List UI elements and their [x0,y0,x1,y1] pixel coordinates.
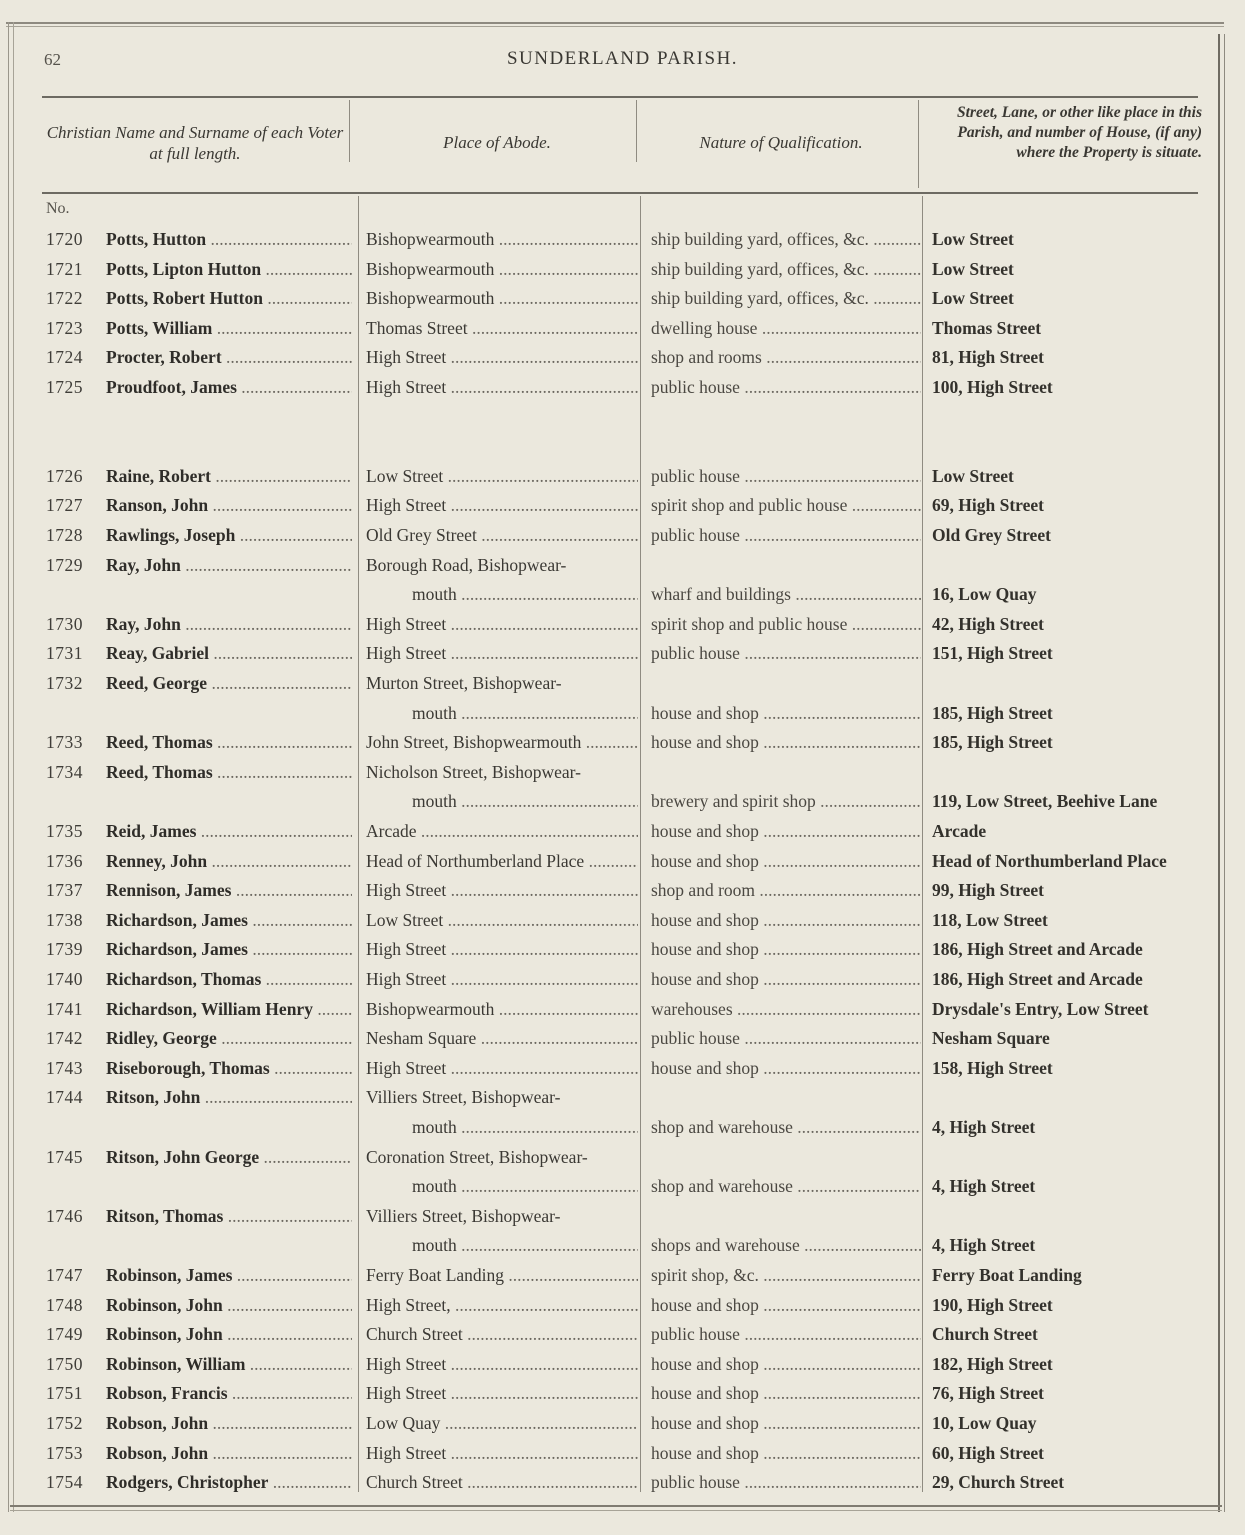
voter-number: 1753 [46,1439,98,1469]
place-of-abode: Bishopwearmouth [366,995,638,1025]
place-of-abode: Murton Street, Bishopwear- [366,669,638,699]
place-of-abode: High Street [366,965,638,995]
property-street: 186, High Street and Arcade [932,965,1212,995]
voter-number: 1751 [46,1379,98,1409]
place-of-abode: Nicholson Street, Bishopwear- [366,758,638,788]
frame-rule-bottom-inner [10,1510,1222,1511]
table-row: 1735Reid, JamesArcadehouse and shopArcad… [0,817,1245,847]
table-row: 1746Ritson, ThomasVilliers Street, Bisho… [0,1202,1245,1232]
voter-name: Reed, George [106,669,352,699]
voter-number: 1732 [46,669,98,699]
table-row: 1754Rodgers, ChristopherChurch Streetpub… [0,1468,1245,1498]
voter-name: Proudfoot, James [106,373,352,403]
table-row: 1726Raine, RobertLow Streetpublic houseL… [0,462,1245,492]
property-street: Low Street [932,255,1212,285]
voter-number: 1746 [46,1202,98,1232]
nature-of-qualification: house and shop [651,699,921,729]
nature-of-qualification: public house [651,521,921,551]
voter-name: Potts, William [106,314,352,344]
table-row: 1732Reed, GeorgeMurton Street, Bishopwea… [0,669,1245,699]
table-row: 1742Ridley, GeorgeNesham Squarepublic ho… [0,1024,1245,1054]
table-row: 1729Ray, JohnBorough Road, Bishopwear- [0,551,1245,581]
table-row: 1753Robson, JohnHigh Streethouse and sho… [0,1439,1245,1469]
voter-number: 1723 [46,314,98,344]
voter-name: Raine, Robert [106,462,352,492]
nature-of-qualification: spirit shop, &c. [651,1261,921,1291]
table-row-continuation: mouthwharf and buildings16, Low Quay [0,580,1245,610]
voter-name: Robinson, William [106,1350,352,1380]
voter-name: Procter, Robert [106,343,352,373]
column-header-abode: Place of Abode. [358,132,636,153]
property-street: 119, Low Street, Beehive Lane [932,787,1212,817]
voter-number: 1720 [46,225,98,255]
table-row: 1736Renney, JohnHead of Northumberland P… [0,847,1245,877]
voter-number: 1728 [46,521,98,551]
header-rule-top [42,96,1198,98]
nature-of-qualification: house and shop [651,1409,921,1439]
voter-number: 1721 [46,255,98,285]
nature-of-qualification: dwelling house [651,314,921,344]
voter-number: 1749 [46,1320,98,1350]
place-of-abode: High Street, [366,1291,638,1321]
voter-name: Robson, John [106,1409,352,1439]
nature-of-qualification: house and shop [651,1350,921,1380]
voter-name: Reay, Gabriel [106,639,352,669]
place-of-abode: Nesham Square [366,1024,638,1054]
table-row: 1725Proudfoot, JamesHigh Streetpublic ho… [0,373,1245,403]
nature-of-qualification: spirit shop and public house [651,610,921,640]
voter-name: Ridley, George [106,1024,352,1054]
table-row: 1721Potts, Lipton HuttonBishopwearmouths… [0,255,1245,285]
nature-of-qualification: house and shop [651,728,921,758]
ledger-page: 62 SUNDERLAND PARISH. Christian Name and… [0,0,1245,1535]
voter-number: 1740 [46,965,98,995]
nature-of-qualification: ship building yard, offices, &c. [651,255,921,285]
nature-of-qualification: shops and warehouse [651,1231,921,1261]
table-row-continuation: mouthbrewery and spirit shop119, Low Str… [0,787,1245,817]
table-row: 1733Reed, ThomasJohn Street, Bishopwearm… [0,728,1245,758]
place-of-abode: Villiers Street, Bishopwear- [366,1083,638,1113]
place-of-abode: Low Street [366,462,638,492]
voter-number: 1735 [46,817,98,847]
place-of-abode: High Street [366,876,638,906]
nature-of-qualification: house and shop [651,935,921,965]
place-of-abode: Coronation Street, Bishopwear- [366,1143,638,1173]
header-rule-bottom [42,192,1198,194]
property-street: 29, Church Street [932,1468,1212,1498]
nature-of-qualification: house and shop [651,847,921,877]
voter-number: 1742 [46,1024,98,1054]
property-street: Low Street [932,462,1212,492]
running-head: SUNDERLAND PARISH. [0,48,1245,70]
voter-name: Riseborough, Thomas [106,1054,352,1084]
property-street: 185, High Street [932,699,1212,729]
property-street: Ferry Boat Landing [932,1261,1212,1291]
nature-of-qualification: public house [651,462,921,492]
place-of-abode: Church Street [366,1468,638,1498]
place-of-abode-continued: mouth [366,580,638,610]
voter-name: Ritson, John [106,1083,352,1113]
table-row: 1740Richardson, ThomasHigh Streethouse a… [0,965,1245,995]
voter-number: 1736 [46,847,98,877]
frame-rule-top-inner [6,26,1224,27]
table-row-continuation: mouthshop and warehouse4, High Street [0,1113,1245,1143]
table-row: 1728Rawlings, JosephOld Grey Streetpubli… [0,521,1245,551]
voter-name: Reid, James [106,817,352,847]
voter-name: Ritson, John George [106,1143,352,1173]
place-of-abode: Head of Northumberland Place [366,847,638,877]
voter-name: Rennison, James [106,876,352,906]
voter-name: Renney, John [106,847,352,877]
property-street: 16, Low Quay [932,580,1212,610]
place-of-abode-continued: mouth [366,1172,638,1202]
voter-name: Richardson, Thomas [106,965,352,995]
table-row: 1739Richardson, JamesHigh Streethouse an… [0,935,1245,965]
table-row: 1730Ray, JohnHigh Streetspirit shop and … [0,610,1245,640]
table-row: 1738Richardson, JamesLow Streethouse and… [0,906,1245,936]
property-street: 42, High Street [932,610,1212,640]
property-street: 118, Low Street [932,906,1212,936]
place-of-abode: Low Street [366,906,638,936]
nature-of-qualification: warehouses [651,995,921,1025]
table-row-continuation: mouthhouse and shop185, High Street [0,699,1245,729]
table-row: 1741Richardson, William HenryBishopwearm… [0,995,1245,1025]
table-row: 1743Riseborough, ThomasHigh Streethouse … [0,1054,1245,1084]
nature-of-qualification: shop and warehouse [651,1113,921,1143]
voter-number: 1754 [46,1468,98,1498]
nature-of-qualification: shop and rooms [651,343,921,373]
property-street: 69, High Street [932,491,1212,521]
place-of-abode-continued: mouth [366,1231,638,1261]
table-row-continuation: mouthshops and warehouse4, High Street [0,1231,1245,1261]
property-street: 60, High Street [932,1439,1212,1469]
table-row: 1749Robinson, JohnChurch Streetpublic ho… [0,1320,1245,1350]
table-row: 1751Robson, FrancisHigh Streethouse and … [0,1379,1245,1409]
place-of-abode: High Street [366,1054,638,1084]
place-of-abode: High Street [366,639,638,669]
nature-of-qualification: public house [651,639,921,669]
header-divider-2 [636,100,637,162]
property-street: Drysdale's Entry, Low Street [932,995,1212,1025]
voter-number: 1739 [46,935,98,965]
voter-name: Richardson, James [106,906,352,936]
voter-name: Ray, John [106,610,352,640]
nature-of-qualification: public house [651,1320,921,1350]
table-row: 1747Robinson, JamesFerry Boat Landingspi… [0,1261,1245,1291]
frame-rule-top [6,22,1224,24]
voter-number: 1747 [46,1261,98,1291]
place-of-abode: High Street [366,1350,638,1380]
nature-of-qualification: public house [651,1024,921,1054]
voter-name: Ritson, Thomas [106,1202,352,1232]
place-of-abode-continued: mouth [366,1113,638,1143]
voter-name: Robinson, James [106,1261,352,1291]
nature-of-qualification: house and shop [651,817,921,847]
nature-of-qualification: spirit shop and public house [651,491,921,521]
nature-of-qualification: shop and room [651,876,921,906]
voter-number: 1750 [46,1350,98,1380]
voter-name: Rawlings, Joseph [106,521,352,551]
nature-of-qualification: ship building yard, offices, &c. [651,284,921,314]
voter-number: 1730 [46,610,98,640]
voter-number: 1737 [46,876,98,906]
voter-number: 1738 [46,906,98,936]
voter-number: 1752 [46,1409,98,1439]
place-of-abode: Bishopwearmouth [366,284,638,314]
nature-of-qualification: public house [651,373,921,403]
place-of-abode: Bishopwearmouth [366,225,638,255]
property-street: Low Street [932,225,1212,255]
voter-number: 1729 [46,551,98,581]
table-row: 1727Ranson, JohnHigh Streetspirit shop a… [0,491,1245,521]
property-street: 182, High Street [932,1350,1212,1380]
property-street: 81, High Street [932,343,1212,373]
voter-name: Reed, Thomas [106,728,352,758]
place-of-abode: Thomas Street [366,314,638,344]
property-street: Old Grey Street [932,521,1212,551]
property-street: Head of Northumberland Place [932,847,1212,877]
voter-name: Richardson, James [106,935,352,965]
property-street: 10, Low Quay [932,1409,1212,1439]
table-row: 1744Ritson, JohnVilliers Street, Bishopw… [0,1083,1245,1113]
table-row: 1734Reed, ThomasNicholson Street, Bishop… [0,758,1245,788]
voter-name: Robinson, John [106,1320,352,1350]
nature-of-qualification: shop and warehouse [651,1172,921,1202]
table-row: 1737Rennison, JamesHigh Streetshop and r… [0,876,1245,906]
voter-name: Robson, Francis [106,1379,352,1409]
property-street: 190, High Street [932,1291,1212,1321]
property-street: Low Street [932,284,1212,314]
nature-of-qualification: public house [651,1468,921,1498]
table-row: 1750Robinson, WilliamHigh Streethouse an… [0,1350,1245,1380]
frame-rule-bottom [10,1505,1222,1507]
property-street: Arcade [932,817,1212,847]
voter-name: Reed, Thomas [106,758,352,788]
property-street: 4, High Street [932,1231,1212,1261]
voter-name: Richardson, William Henry [106,995,352,1025]
nature-of-qualification: house and shop [651,1379,921,1409]
nature-of-qualification: ship building yard, offices, &c. [651,225,921,255]
voter-name: Potts, Robert Hutton [106,284,352,314]
voter-name: Robson, John [106,1439,352,1469]
nature-of-qualification: house and shop [651,965,921,995]
voter-number: 1741 [46,995,98,1025]
table-row: 1752Robson, JohnLow Quayhouse and shop10… [0,1409,1245,1439]
property-street: 99, High Street [932,876,1212,906]
nature-of-qualification: house and shop [651,906,921,936]
header-divider-1 [349,100,350,162]
table-row: 1720Potts, HuttonBishopwearmouthship bui… [0,225,1245,255]
place-of-abode: High Street [366,1439,638,1469]
property-street: 76, High Street [932,1379,1212,1409]
place-of-abode: Low Quay [366,1409,638,1439]
nature-of-qualification: brewery and spirit shop [651,787,921,817]
voter-name: Potts, Hutton [106,225,352,255]
place-of-abode: High Street [366,491,638,521]
place-of-abode-continued: mouth [366,787,638,817]
table-row: 1724Procter, RobertHigh Streetshop and r… [0,343,1245,373]
place-of-abode: John Street, Bishopwearmouth [366,728,638,758]
voter-number: 1722 [46,284,98,314]
table-row: 1722Potts, Robert HuttonBishopwearmouths… [0,284,1245,314]
place-of-abode: High Street [366,610,638,640]
place-of-abode: High Street [366,373,638,403]
place-of-abode: Old Grey Street [366,521,638,551]
voter-number: 1743 [46,1054,98,1084]
voter-name: Rodgers, Christopher [106,1468,352,1498]
property-street: 4, High Street [932,1172,1212,1202]
place-of-abode: Ferry Boat Landing [366,1261,638,1291]
property-street: 100, High Street [932,373,1212,403]
table-row: 1748Robinson, JohnHigh Street,house and … [0,1291,1245,1321]
voter-number: 1726 [46,462,98,492]
property-street: Thomas Street [932,314,1212,344]
place-of-abode: Church Street [366,1320,638,1350]
voter-name: Potts, Lipton Hutton [106,255,352,285]
table-row-continuation: mouthshop and warehouse4, High Street [0,1172,1245,1202]
property-street: 185, High Street [932,728,1212,758]
voter-number: 1725 [46,373,98,403]
place-of-abode-continued: mouth [366,699,638,729]
table-row: 1745Ritson, John GeorgeCoronation Street… [0,1143,1245,1173]
property-street: 186, High Street and Arcade [932,935,1212,965]
voter-number: 1724 [46,343,98,373]
place-of-abode: Borough Road, Bishopwear- [366,551,638,581]
voter-number: 1745 [46,1143,98,1173]
property-street: 4, High Street [932,1113,1212,1143]
nature-of-qualification: house and shop [651,1054,921,1084]
property-street: Church Street [932,1320,1212,1350]
nature-of-qualification: house and shop [651,1439,921,1469]
place-of-abode: Bishopwearmouth [366,255,638,285]
nature-of-qualification: wharf and buildings [651,580,921,610]
nature-of-qualification: house and shop [651,1291,921,1321]
voter-number: 1734 [46,758,98,788]
property-street: 151, High Street [932,639,1212,669]
place-of-abode: Villiers Street, Bishopwear- [366,1202,638,1232]
column-header-qualification: Nature of Qualification. [640,132,922,153]
voter-number: 1733 [46,728,98,758]
voter-name: Ranson, John [106,491,352,521]
place-of-abode: High Street [366,935,638,965]
table-row: 1731Reay, GabrielHigh Streetpublic house… [0,639,1245,669]
voter-name: Robinson, John [106,1291,352,1321]
header-divider-3 [918,100,919,188]
voter-name: Ray, John [106,551,352,581]
voter-number: 1727 [46,491,98,521]
column-header-street: Street, Lane, or other like place in thi… [940,103,1202,163]
column-header-name: Christian Name and Surname of each Voter… [42,122,348,164]
voter-number: 1748 [46,1291,98,1321]
property-street: Nesham Square [932,1024,1212,1054]
voter-number: 1744 [46,1083,98,1113]
voter-number: 1731 [46,639,98,669]
table-row: 1723Potts, WilliamThomas Streetdwelling … [0,314,1245,344]
place-of-abode: High Street [366,1379,638,1409]
property-street: 158, High Street [932,1054,1212,1084]
place-of-abode: Arcade [366,817,638,847]
number-column-label: No. [46,200,70,218]
place-of-abode: High Street [366,343,638,373]
